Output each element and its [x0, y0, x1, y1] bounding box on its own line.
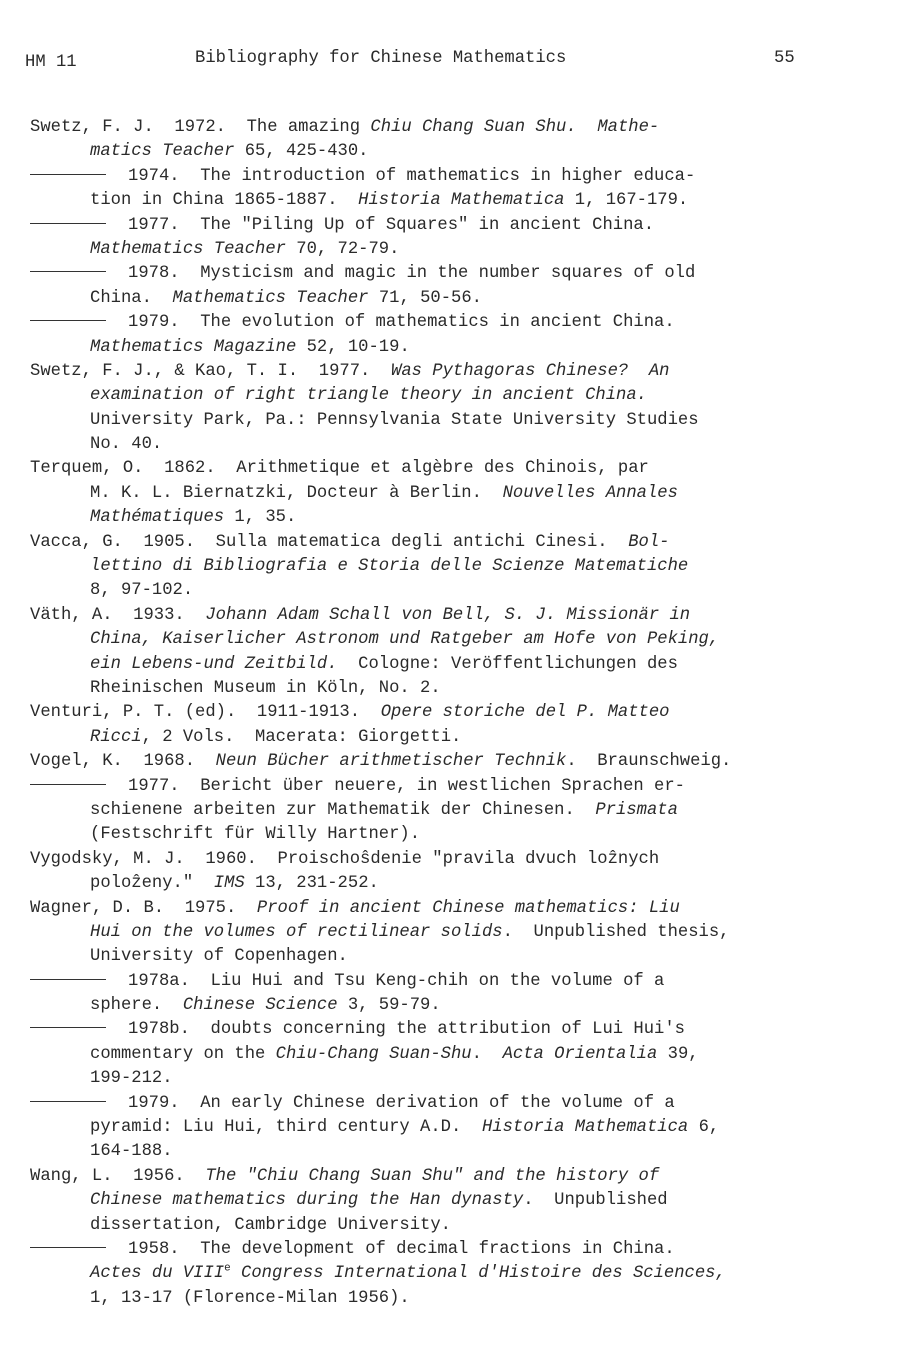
same-author-dash [30, 1247, 106, 1248]
same-author-dash [30, 223, 106, 224]
italic-title-text: Was Pythagoras Chinese? An [391, 362, 669, 381]
italic-title-text: Mathematics Teacher [173, 289, 369, 308]
citation-text: Vogel, K. 1968. [30, 752, 216, 771]
citation-text: 1, 13-17 (Florence-Milan 1956). [90, 1289, 410, 1308]
entry-line: Chinese mathematics during the Han dynas… [30, 1189, 890, 1213]
citation-text: 1978a. Liu Hui and Tsu Keng-chih on the … [128, 972, 664, 991]
italic-title-text: Proof in ancient Chinese mathematics: Li… [257, 899, 680, 918]
citation-text: 39, [657, 1045, 698, 1064]
entry-line: 1978b. doubts concerning the attribution… [30, 1018, 890, 1042]
citation-text: Vacca, G. 1905. Sulla matematica degli a… [30, 533, 628, 552]
italic-title-text: Historia Mathematica [482, 1118, 688, 1137]
same-author-dash [30, 1027, 106, 1028]
entry-line: Väth, A. 1933. Johann Adam Schall von Be… [30, 604, 890, 628]
italic-title-text: Neun Bücher arithmetischer Technik [216, 752, 567, 771]
citation-text: commentary on the [90, 1045, 276, 1064]
italic-title-text: Hui on the volumes of rectilinear solids [90, 923, 503, 942]
entry-line: Wang, L. 1956. The "Chiu Chang Suan Shu"… [30, 1165, 890, 1189]
italic-title-text: Ricci [90, 728, 142, 747]
citation-text: 65, 425-430. [234, 142, 368, 161]
running-title: Bibliography for Chinese Mathematics [195, 49, 566, 68]
italic-title-text: lettino di Bibliografia e Storia delle S… [90, 557, 688, 576]
bibliography-entry: 1974. The introduction of mathematics in… [30, 165, 890, 214]
entry-line: dissertation, Cambridge University. [30, 1214, 890, 1238]
citation-text: , 2 Vols. Macerata: Giorgetti. [142, 728, 462, 747]
entry-line: 1958. The development of decimal fractio… [30, 1238, 890, 1262]
same-author-dash [30, 174, 106, 175]
citation-text [577, 118, 598, 137]
entry-line: Vygodsky, M. J. 1960. Proischoŝdenie "pr… [30, 848, 890, 872]
citation-text: 1958. The development of decimal fractio… [128, 1240, 675, 1259]
entry-line: Rheinischen Museum in Köln, No. 2. [30, 677, 890, 701]
entry-line: Actes du VIIIe Congress International d'… [30, 1262, 890, 1286]
entry-line: Wagner, D. B. 1975. Proof in ancient Chi… [30, 897, 890, 921]
citation-text: 6, [688, 1118, 719, 1137]
bibliography-entry: Venturi, P. T. (ed). 1911-1913. Opere st… [30, 701, 890, 750]
bibliography-entry: 1958. The development of decimal fractio… [30, 1238, 890, 1311]
italic-title-text: China, Kaiserlicher Astronom und Ratgebe… [90, 630, 719, 649]
italic-title-text: Chiu Chang Suan Shu. [370, 118, 576, 137]
entry-line: China, Kaiserlicher Astronom und Ratgebe… [30, 628, 890, 652]
bibliography-entry: 1979. The evolution of mathematics in an… [30, 311, 890, 360]
entry-line: Mathématiques 1, 35. [30, 506, 890, 530]
bibliography-entry: Swetz, F. J. 1972. The amazing Chiu Chan… [30, 116, 890, 165]
entry-line: University of Copenhagen. [30, 945, 890, 969]
same-author-dash [30, 320, 106, 321]
bibliography-entry: Vacca, G. 1905. Sulla matematica degli a… [30, 531, 890, 604]
citation-text: 1978. Mysticism and magic in the number … [128, 264, 695, 283]
entry-line: Terquem, O. 1862. Arithmetique et algèbr… [30, 457, 890, 481]
italic-title-text: ein Lebens-und Zeitbild. [90, 655, 338, 674]
citation-text: schienene arbeiten zur Mathematik der Ch… [90, 801, 595, 820]
italic-title-text: Actes du VIII [90, 1264, 224, 1283]
entry-line: 199-212. [30, 1067, 890, 1091]
entry-line: No. 40. [30, 433, 890, 457]
citation-text: Vygodsky, M. J. 1960. Proischoŝdenie "pr… [30, 850, 659, 869]
citation-text: 1, 167-179. [564, 191, 688, 210]
same-author-dash [30, 1101, 106, 1102]
entry-line: Hui on the volumes of rectilinear solids… [30, 921, 890, 945]
citation-text: Swetz, F. J. 1972. The amazing [30, 118, 370, 137]
citation-text: 1977. Bericht über neuere, in westlichen… [128, 777, 685, 796]
italic-title-text: Chinese mathematics during the Han dynas… [90, 1191, 523, 1210]
citation-text: 71, 50-56. [369, 289, 482, 308]
italic-title-text: Chiu-Chang Suan-Shu [276, 1045, 472, 1064]
italic-title-text: Mathe- [597, 118, 659, 137]
entry-line: Swetz, F. J. 1972. The amazing Chiu Chan… [30, 116, 890, 140]
entry-line: (Festschrift für Willy Hartner). [30, 823, 890, 847]
bibliography-entry: Wang, L. 1956. The "Chiu Chang Suan Shu"… [30, 1165, 890, 1238]
citation-text: tion in China 1865-1887. [90, 191, 358, 210]
citation-text: 8, 97-102. [90, 581, 193, 600]
italic-title-text: Opere storiche del P. Matteo [381, 703, 670, 722]
same-author-dash [30, 271, 106, 272]
entry-line: 1974. The introduction of mathematics in… [30, 165, 890, 189]
italic-title-text: Bol- [628, 533, 669, 552]
italic-title-text: Mathematics Magazine [90, 338, 296, 357]
citation-text: Terquem, O. 1862. Arithmetique et algèbr… [30, 459, 649, 478]
entry-line: pyramid: Liu Hui, third century A.D. His… [30, 1116, 890, 1140]
citation-text: University Park, Pa.: Pennsylvania State… [90, 411, 699, 430]
entry-line: 1978. Mysticism and magic in the number … [30, 262, 890, 286]
citation-text: 52, 10-19. [296, 338, 409, 357]
page-number: 55 [774, 49, 795, 68]
citation-text: Venturi, P. T. (ed). 1911-1913. [30, 703, 381, 722]
citation-text: 199-212. [90, 1069, 173, 1088]
entry-line: 1977. The "Piling Up of Squares" in anci… [30, 214, 890, 238]
entry-line: examination of right triangle theory in … [30, 384, 890, 408]
citation-text: 1979. The evolution of mathematics in an… [128, 313, 675, 332]
italic-title-text: Prismata [595, 801, 678, 820]
entry-line: China. Mathematics Teacher 71, 50-56. [30, 287, 890, 311]
page-header: HM 11 Bibliography for Chinese Mathemati… [0, 49, 913, 75]
same-author-dash [30, 979, 106, 980]
italic-title-text: examination of right triangle theory in … [90, 386, 647, 405]
italic-title-text: matics Teacher [90, 142, 234, 161]
bibliography-list: Swetz, F. J. 1972. The amazing Chiu Chan… [30, 116, 890, 1311]
entry-line: University Park, Pa.: Pennsylvania State… [30, 409, 890, 433]
same-author-dash [30, 784, 106, 785]
citation-text: 164-188. [90, 1142, 173, 1161]
italic-title-text: The "Chiu Chang Suan Shu" and the histor… [205, 1167, 659, 1186]
entry-line: 1977. Bericht über neuere, in westlichen… [30, 775, 890, 799]
citation-text: Wagner, D. B. 1975. [30, 899, 257, 918]
entry-line: Mathematics Teacher 70, 72-79. [30, 238, 890, 262]
citation-text: . Unpublished thesis, [503, 923, 730, 942]
citation-text: 1979. An early Chinese derivation of the… [128, 1094, 675, 1113]
italic-title-text: Nouvelles Annales [503, 484, 678, 503]
citation-text: 1978b. doubts concerning the attribution… [128, 1020, 685, 1039]
bibliography-entry: 1979. An early Chinese derivation of the… [30, 1092, 890, 1165]
entry-line: lettino di Bibliografia e Storia delle S… [30, 555, 890, 579]
journal-issue: HM 11 [25, 53, 77, 72]
entry-line: Venturi, P. T. (ed). 1911-1913. Opere st… [30, 701, 890, 725]
bibliography-entry: Väth, A. 1933. Johann Adam Schall von Be… [30, 604, 890, 702]
italic-title-text: Mathématiques [90, 508, 224, 527]
entry-line: poloẑeny." IMS 13, 231-252. [30, 872, 890, 896]
citation-text: Swetz, F. J., & Kao, T. I. 1977. [30, 362, 391, 381]
entry-line: sphere. Chinese Science 3, 59-79. [30, 994, 890, 1018]
entry-line: Ricci, 2 Vols. Macerata: Giorgetti. [30, 726, 890, 750]
citation-text: 1977. The "Piling Up of Squares" in anci… [128, 216, 654, 235]
entry-line: 1979. The evolution of mathematics in an… [30, 311, 890, 335]
citation-text: University of Copenhagen. [90, 947, 348, 966]
citation-text: 1, 35. [224, 508, 296, 527]
bibliography-entry: Vygodsky, M. J. 1960. Proischoŝdenie "pr… [30, 848, 890, 897]
citation-text: No. 40. [90, 435, 162, 454]
entry-line: 1979. An early Chinese derivation of the… [30, 1092, 890, 1116]
entry-line: 8, 97-102. [30, 579, 890, 603]
citation-text: M. K. L. Biernatzki, Docteur à Berlin. [90, 484, 503, 503]
entry-line: M. K. L. Biernatzki, Docteur à Berlin. N… [30, 482, 890, 506]
entry-line: tion in China 1865-1887. Historia Mathem… [30, 189, 890, 213]
italic-title-text: Mathematics Teacher [90, 240, 286, 259]
entry-line: Swetz, F. J., & Kao, T. I. 1977. Was Pyt… [30, 360, 890, 384]
entry-line: schienene arbeiten zur Mathematik der Ch… [30, 799, 890, 823]
entry-line: Vacca, G. 1905. Sulla matematica degli a… [30, 531, 890, 555]
bibliography-entry: 1978. Mysticism and magic in the number … [30, 262, 890, 311]
entry-line: 164-188. [30, 1140, 890, 1164]
citation-text: dissertation, Cambridge University. [90, 1216, 451, 1235]
bibliography-entry: Wagner, D. B. 1975. Proof in ancient Chi… [30, 897, 890, 970]
citation-text: . Braunschweig. [566, 752, 731, 771]
citation-text: . [472, 1045, 503, 1064]
italic-title-text: Acta Orientalia [503, 1045, 658, 1064]
citation-text: 70, 72-79. [286, 240, 399, 259]
entry-line: 1978a. Liu Hui and Tsu Keng-chih on the … [30, 970, 890, 994]
entry-line: commentary on the Chiu-Chang Suan-Shu. A… [30, 1043, 890, 1067]
citation-text: Cologne: Veröffentlichungen des [338, 655, 678, 674]
italic-title-text: Johann Adam Schall von Bell, S. J. Missi… [205, 606, 690, 625]
bibliography-entry: Terquem, O. 1862. Arithmetique et algèbr… [30, 457, 890, 530]
bibliography-entry: 1978b. doubts concerning the attribution… [30, 1018, 890, 1091]
citation-text: Wang, L. 1956. [30, 1167, 205, 1186]
citation-text: sphere. [90, 996, 183, 1015]
bibliography-entry: 1977. The "Piling Up of Squares" in anci… [30, 214, 890, 263]
italic-title-text: Historia Mathematica [358, 191, 564, 210]
entry-line: Mathematics Magazine 52, 10-19. [30, 336, 890, 360]
citation-text: Rheinischen Museum in Köln, No. 2. [90, 679, 441, 698]
citation-text: (Festschrift für Willy Hartner). [90, 825, 420, 844]
entry-line: ein Lebens-und Zeitbild. Cologne: Veröff… [30, 653, 890, 677]
entry-line: Vogel, K. 1968. Neun Bücher arithmetisch… [30, 750, 890, 774]
italic-title-text: IMS [214, 874, 245, 893]
citation-text: pyramid: Liu Hui, third century A.D. [90, 1118, 482, 1137]
citation-text: poloẑeny." [90, 874, 214, 893]
italic-title-text: Congress International d'Histoire des Sc… [231, 1264, 726, 1283]
citation-text: 13, 231-252. [245, 874, 379, 893]
citation-text: 1974. The introduction of mathematics in… [128, 167, 695, 186]
entry-line: 1, 13-17 (Florence-Milan 1956). [30, 1287, 890, 1311]
citation-text: China. [90, 289, 173, 308]
citation-text: e [224, 1263, 231, 1275]
entry-line: matics Teacher 65, 425-430. [30, 140, 890, 164]
bibliography-entry: 1977. Bericht über neuere, in westlichen… [30, 775, 890, 848]
citation-text: 3, 59-79. [338, 996, 441, 1015]
italic-title-text: Chinese Science [183, 996, 338, 1015]
bibliography-entry: 1978a. Liu Hui and Tsu Keng-chih on the … [30, 970, 890, 1019]
bibliography-entry: Swetz, F. J., & Kao, T. I. 1977. Was Pyt… [30, 360, 890, 458]
citation-text: . Unpublished [523, 1191, 667, 1210]
citation-text: Väth, A. 1933. [30, 606, 205, 625]
bibliography-entry: Vogel, K. 1968. Neun Bücher arithmetisch… [30, 750, 890, 774]
